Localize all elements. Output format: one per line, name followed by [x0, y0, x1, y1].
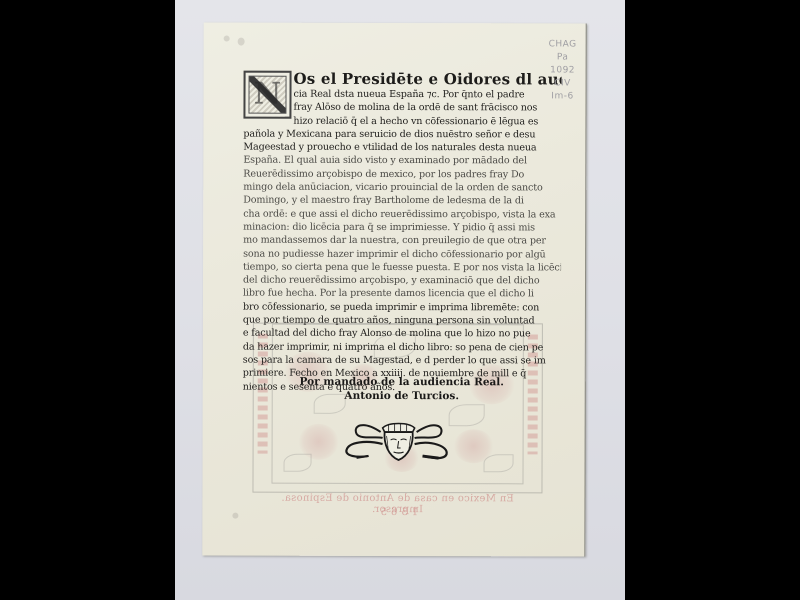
text-line: cha ordē: e que assi el dicho reuerēdiss… [243, 207, 561, 221]
photo-stage: En Mexico en casa de Antonio de Espinosa… [0, 0, 800, 600]
signature-block: Por mandado de la audiencia Real. Antoni… [243, 375, 561, 404]
text-line: e facultad del dicho fray Alonso de moli… [243, 327, 561, 341]
initial-letter: N [245, 77, 289, 112]
text-line: bro cōfessionario, se pueda imprimir e i… [243, 300, 561, 314]
paper-stain [224, 36, 230, 42]
show-through-leaf [284, 454, 312, 472]
signature-name: Antonio de Turcios. [243, 389, 561, 404]
license-text: N Os el Presidēte e Oidores dl audiē cia… [243, 71, 562, 395]
text-line: da hazer imprimir, ni imprima el dicho l… [243, 340, 561, 354]
paper-stain [232, 513, 238, 519]
mask-ornament-icon [343, 418, 455, 464]
text-line: pañola y Mexicana para seruicio de dios … [243, 127, 561, 141]
text-line: sos para la camara de su Magestad, e d p… [243, 354, 561, 368]
show-through-leaf [484, 454, 514, 472]
text-line: mo mandassemos dar la nuestra, con preui… [243, 234, 561, 248]
pencil-call-number: CHAG Pa 1092 CIV Im-6 [539, 38, 585, 103]
text-line: minacion: dio licēcia para q̄ se imprimi… [243, 221, 561, 235]
text-line: que por tiempo de quatro años, ninguna p… [243, 314, 561, 328]
text-line: España. El qual auia sido visto y examin… [243, 154, 561, 168]
pencil-note-line: 1092 [540, 64, 586, 77]
pencil-note-line: CIV [540, 77, 586, 90]
text-line: sona no pudiesse hazer imprimir el dicho… [243, 247, 561, 261]
pencil-note-line: Im-6 [539, 90, 585, 103]
text-line: Domingo, y el maestro fray Bartholome de… [243, 194, 561, 208]
text-line: tiempo, so cierta pena que le fuesse pue… [243, 260, 561, 274]
paper-stain [238, 38, 245, 46]
pencil-note-line: Pa [540, 51, 586, 64]
text-line: mingo dela anūciacion, vicario prouincia… [243, 181, 561, 195]
woodcut-initial: N [243, 71, 291, 119]
pencil-note-line: CHAG [540, 38, 586, 51]
document-leaf: En Mexico en casa de Antonio de Espinosa… [202, 22, 586, 556]
text-line: del dicho reuerēdissimo arçobispo, y exa… [243, 274, 561, 288]
text-line: Reuerēdissimo arçobispo de mexico, por l… [243, 167, 561, 181]
show-through-year: 1565 [322, 507, 472, 518]
text-line: Mageestad y prouecho e vtilidad de los n… [243, 141, 561, 155]
signature-authority: Por mandado de la audiencia Real. [243, 375, 561, 390]
text-line: libro fue hecha. Por la presente damos l… [243, 287, 561, 301]
